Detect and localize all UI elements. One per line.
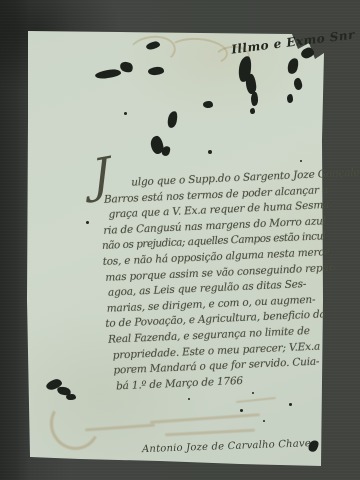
ink-speck	[252, 392, 254, 394]
ink-speck	[124, 112, 127, 115]
ink-speck	[208, 150, 212, 154]
ink-speck	[263, 420, 265, 422]
letter-body: ulgo que o Supp.do o Sargento Joze Gonça…	[99, 167, 336, 395]
ink-blot	[287, 94, 293, 103]
ink-blot	[66, 394, 76, 400]
ink-speck	[86, 221, 89, 224]
ink-blot	[203, 101, 213, 108]
ink-speck	[289, 403, 292, 406]
ink-blot	[250, 108, 255, 114]
photographed-document: Illmo e Exmo Snr J ulgo que o Supp.do o …	[0, 0, 360, 480]
ink-speck	[188, 398, 190, 400]
ink-blot	[251, 92, 258, 106]
ink-speck	[300, 160, 302, 162]
ink-speck	[240, 409, 243, 412]
